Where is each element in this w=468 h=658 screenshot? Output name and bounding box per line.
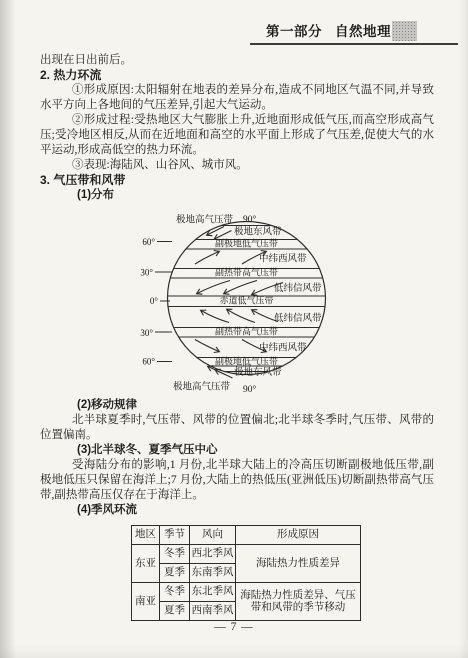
sub2-paragraph: 北半球夏季时,气压带、风带的位置偏北;北半球冬季时,气压带、风带的位置偏南。: [40, 413, 434, 443]
col-header-season: 季节: [160, 526, 190, 545]
lat-90-bottom-label: 90°: [243, 384, 257, 395]
section2-heading: 2. 热力环流: [40, 68, 434, 83]
section2-item3: ③表现:海陆风、山谷风、城市风。: [40, 158, 434, 173]
westerlies-south-label: 中纬西风带: [259, 342, 307, 354]
lat-0-label: 0°: [150, 296, 159, 306]
col-header-cause: 形成原因: [236, 526, 361, 545]
text-block-upper: 出现在日出前后。 2. 热力环流 ①形成原因:太阳辐射在地表的差异分布,造成不同…: [40, 53, 434, 203]
westerlies-north-label: 中纬西风带: [259, 253, 307, 265]
cause-cell: 海陆热力性质差异、气压带和风带的季节移动: [236, 583, 361, 621]
page-number: — 7 —: [0, 621, 468, 633]
section2-item2: ②形成过程:受热地区大气膨胀上升,近地面形成低气压,而高空形成高气压;受冷地区相…: [40, 113, 434, 158]
subtropical-high-south-label: 副热带高气压带: [215, 326, 278, 337]
sub2-heading: (2)移动规律: [40, 398, 434, 413]
lat-30n-label: 30°: [140, 268, 153, 278]
sub3-heading: (3)北半球冬、夏季气压中心: [40, 443, 434, 458]
subpolar-low-south-label: 副极地低气压带: [215, 356, 278, 367]
polar-high-top-label: 极地高气压带: [176, 214, 234, 226]
lat-90-top-label: 90°: [243, 214, 257, 225]
polar-easterlies-north-label: 极地东风带: [234, 226, 282, 238]
season-cell: 冬季: [160, 545, 190, 564]
westerlies-south-arrow: [195, 340, 219, 352]
header-section-label: 第一部分: [266, 20, 322, 40]
lat-30s-label: 30°: [140, 328, 153, 338]
header-decor-box: [392, 21, 417, 41]
lat-60s-label: 60°: [142, 357, 155, 367]
polar-easterlies-south-label: 极地东风带: [234, 366, 282, 378]
trade-wind-south-arrow: [227, 310, 255, 323]
region-cell: 南亚: [132, 583, 160, 621]
trade-winds-south-label: 低纬信风带: [274, 312, 322, 324]
season-cell: 夏季: [160, 564, 190, 583]
trade-wind-north-arrow: [197, 281, 230, 294]
sub3-paragraph: 受海陆分布的影响,1 月份,北半球大陆上的冷高压切断副极地低压带,副极地低压只保…: [40, 458, 434, 503]
table-header-row: 地区 季节 风向 形成原因: [132, 526, 361, 545]
trade-wind-south-arrow: [201, 311, 229, 323]
sub4-heading: (4)季风环流: [40, 503, 434, 518]
col-header-region: 地区: [132, 526, 160, 545]
monsoon-table: 地区 季节 风向 形成原因 东亚 冬季 西北季风 海陆热力性质差异 夏季 东南季…: [131, 525, 361, 621]
season-cell: 夏季: [160, 602, 190, 621]
table-row: 东亚 冬季 西北季风 海陆热力性质差异: [132, 545, 361, 564]
section3-heading: 3. 气压带和风带: [40, 173, 434, 188]
subtropical-high-north-label: 副热带高气压带: [215, 267, 278, 278]
trade-winds-north-label: 低纬信风带: [274, 282, 322, 294]
wind-cell: 东北季风: [190, 583, 236, 602]
lat-60n-label: 60°: [142, 237, 155, 247]
page-header: 第一部分 自然地理: [266, 20, 391, 40]
textbook-page: 第一部分 自然地理 出现在日出前后。 2. 热力环流 ①形成原因:太阳辐射在地表…: [0, 0, 468, 658]
subpolar-low-north-label: 副极地低气压带: [215, 238, 278, 249]
equatorial-low-label: 赤道低气压带: [219, 295, 273, 306]
cause-cell: 海陆热力性质差异: [236, 545, 361, 583]
carryover-line: 出现在日出前后。: [40, 53, 434, 68]
table-row: 南亚 冬季 东北季风 海陆热力性质差异、气压带和风带的季节移动: [132, 583, 361, 602]
wind-cell: 西北季风: [190, 545, 236, 564]
header-subject-label: 自然地理: [335, 20, 391, 40]
westerlies-north-arrow: [195, 252, 219, 265]
wind-cell: 东南季风: [190, 564, 236, 583]
text-block-lower: (2)移动规律 北半球夏季时,气压带、风带的位置偏北;北半球冬季时,气压带、风带…: [40, 398, 434, 518]
wind-cell: 西南季风: [190, 602, 236, 621]
polar-high-bottom-label: 极地高气压带: [173, 381, 231, 393]
region-cell: 东亚: [132, 545, 160, 583]
section2-item1: ①形成原因:太阳辐射在地表的差异分布,造成不同地区气温不同,并导致水平方向上各地…: [40, 83, 434, 113]
header-rule: [250, 43, 458, 45]
col-header-wind: 风向: [190, 526, 236, 545]
pressure-wind-belts-diagram: 副极地低气压带 副热带高气压带 赤道低气压带 副热带高气压带 副极地低气压带 极…: [0, 200, 468, 398]
trade-wind-north-arrow: [224, 281, 257, 294]
season-cell: 冬季: [160, 583, 190, 602]
